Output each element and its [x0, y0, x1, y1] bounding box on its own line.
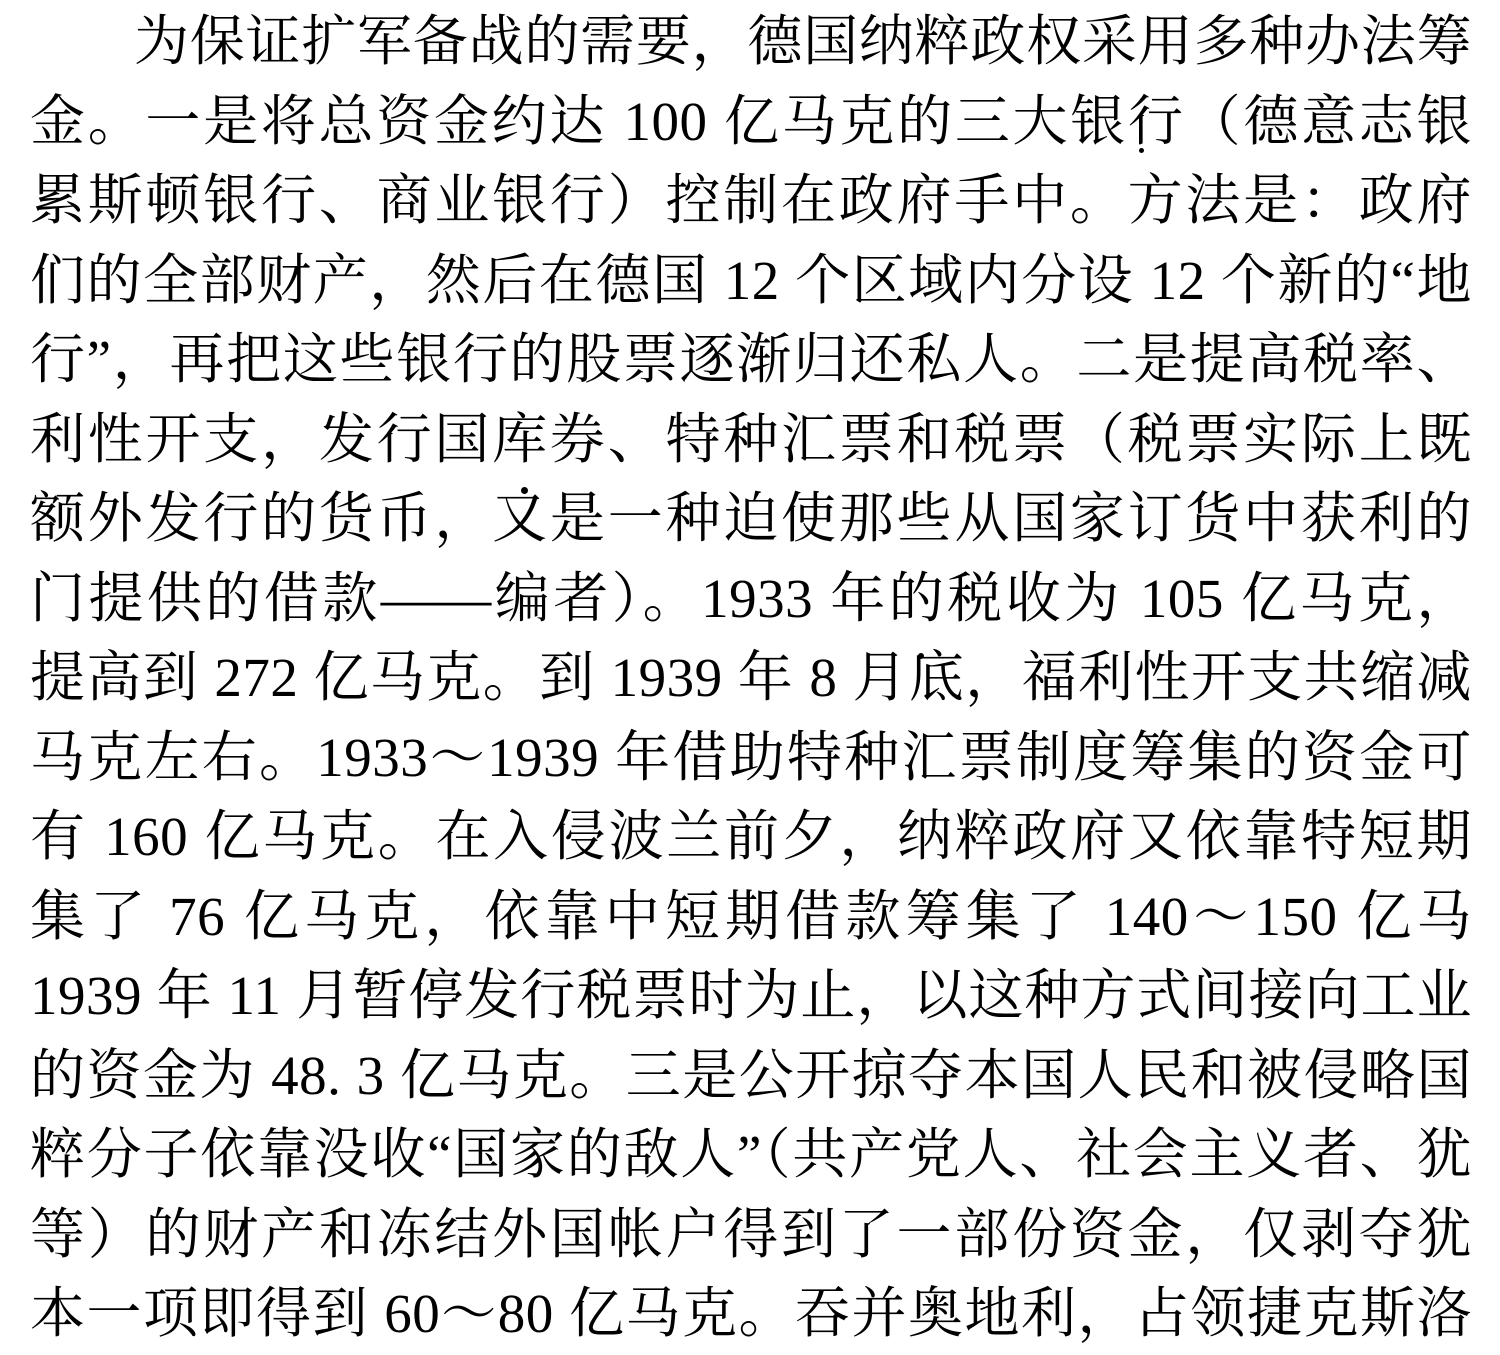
text-line: 提高到 272 亿马克。到 1939 年 8 月底，福利性开支共缩减 96 亿 [30, 638, 1472, 718]
text-line: 集了 76 亿马克，依靠中短期借款筹集了 140～150 亿马克。至 [30, 877, 1472, 957]
scan-ink-speck [1139, 148, 1144, 153]
text-line: 额外发行的货币，又是一种迫使那些从国家订货中获利的工业部 [30, 479, 1472, 559]
text-line: 门提供的借款——编者）。1933 年的税收为 105 亿马克，1939 年 [30, 559, 1472, 639]
paragraph: 为保证扩军备战的需要，德国纳粹政权采用多种办法筹集资金。一是将总资金约达 100… [30, 2, 1472, 1354]
text-line: 金。一是将总资金约达 100 亿马克的三大银行（德意志银行、德 [30, 82, 1472, 162]
text-line: 有 160 亿马克。在入侵波兰前夕，纳粹政府又依靠特短期借款筹 [30, 797, 1472, 877]
text-line: 为保证扩军备战的需要，德国纳粹政权采用多种办法筹集资 [30, 2, 1472, 82]
text-line: 累斯顿银行、商业银行）控制在政府手中。方法是：政府接收它 [30, 161, 1472, 241]
text-line: 1939 年 11 月暂停发行税票时为止，以这种方式间接向工业筹措 [30, 956, 1472, 1036]
text-line: 利性开支，发行国库券、特种汇票和税票（税票实际上既是一种 [30, 400, 1472, 480]
scan-ink-speck [918, 653, 924, 659]
scan-ink-speck [521, 487, 528, 494]
text-line: 马克左右。1933～1939 年借助特种汇票制度筹集的资金可能至少 [30, 718, 1472, 798]
text-line: 等）的财产和冻结外国帐户得到了一部份资金，仅剥夺犹太人资 [30, 1195, 1472, 1275]
text-line: 本一项即得到 60～80 亿马克。吞并奥地利，占领捷克斯洛伐克后， [30, 1274, 1472, 1354]
text-line: 粹分子依靠没收“国家的敌人”（共产党人、社会主义者、犹太人 [30, 1115, 1472, 1195]
scanned-book-page: 为保证扩军备战的需要，德国纳粹政权采用多种办法筹集资金。一是将总资金约达 100… [0, 0, 1500, 1355]
text-line: 行”，再把这些银行的股票逐渐归还私人。二是提高税率、削减福 [30, 320, 1472, 400]
text-line: 们的全部财产，然后在德国 12 个区域内分设 12 个新的“地方银 [30, 241, 1472, 321]
text-line: 的资金为 48. 3 亿马克。三是公开掠夺本国人民和被侵略国家。纳 [30, 1036, 1472, 1116]
